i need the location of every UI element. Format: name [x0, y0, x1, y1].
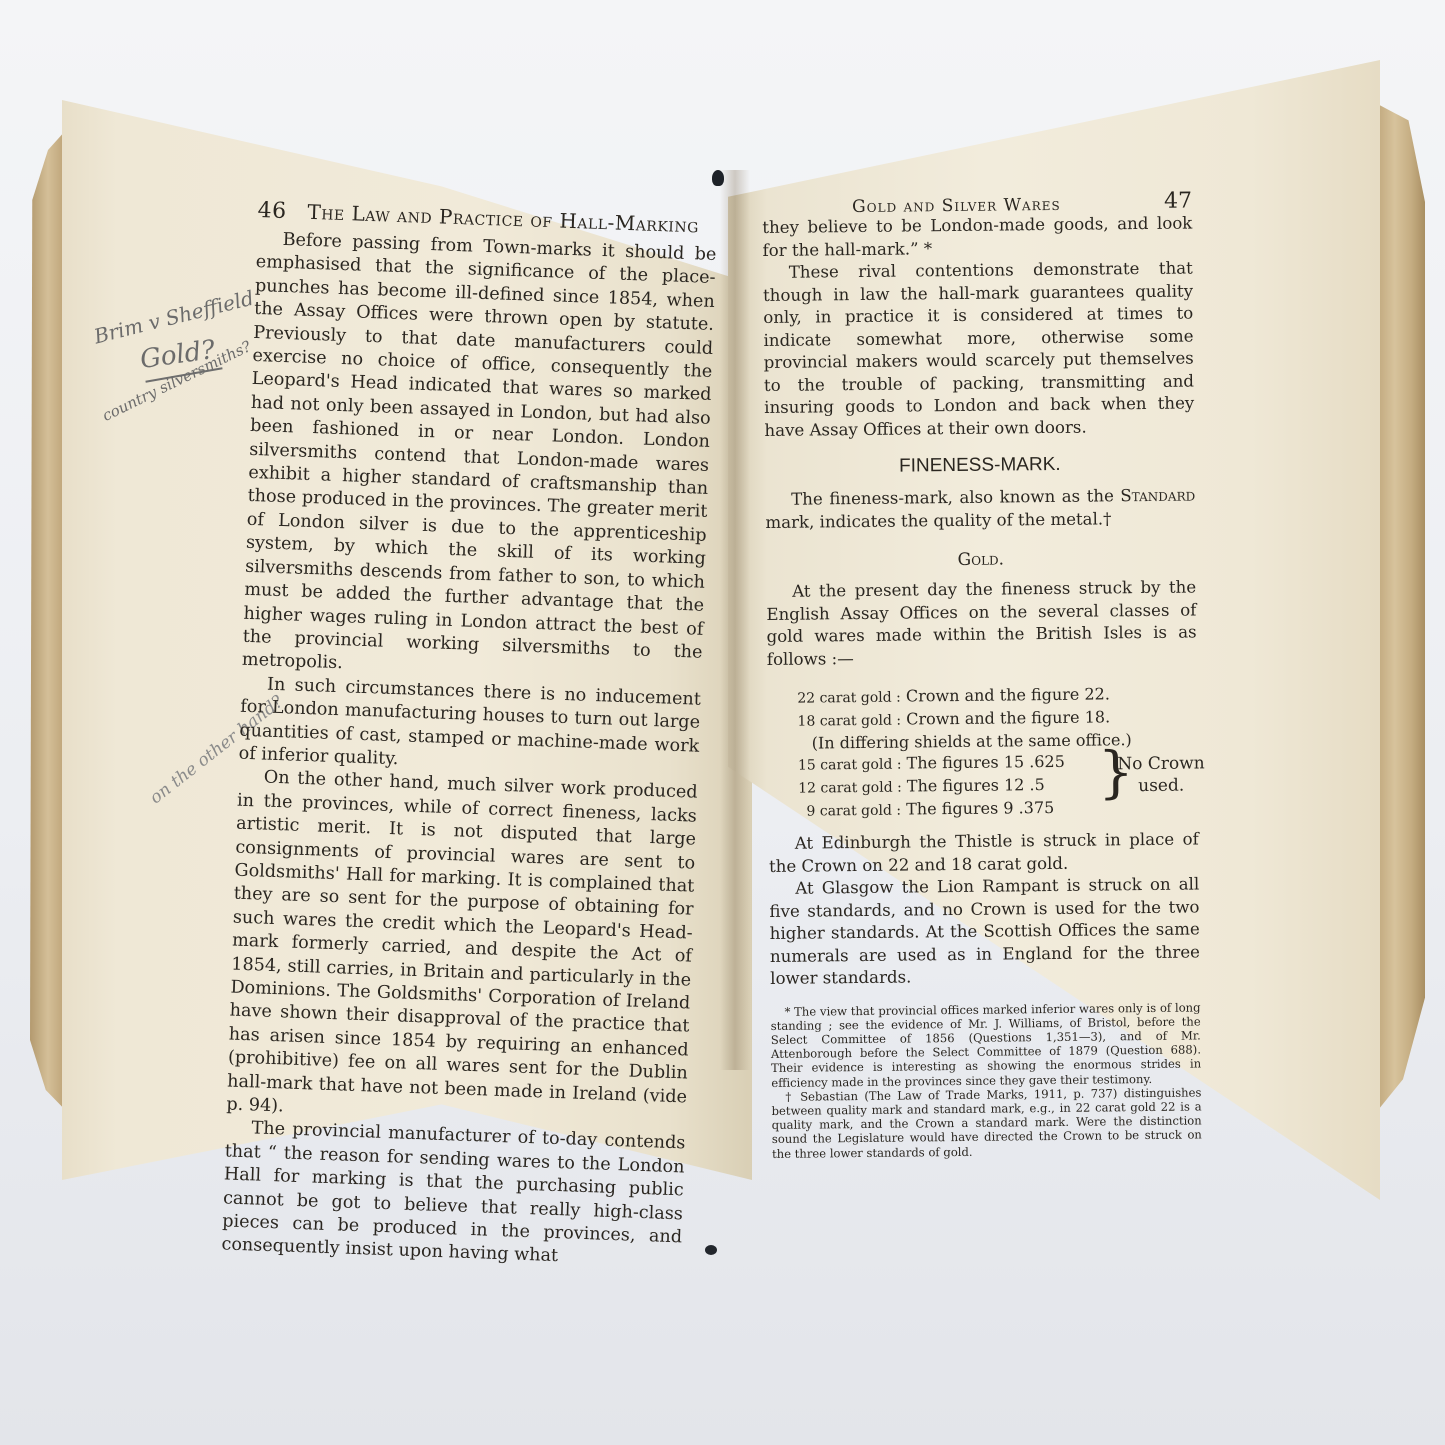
table-value: Crown and the figure 22.	[906, 684, 1110, 705]
table-value: The figures 9 .375	[906, 798, 1054, 819]
paragraph: The fineness-mark, also known as the Sta…	[765, 484, 1195, 534]
table-label: 12 carat gold :	[798, 780, 902, 797]
page-number: 46	[257, 198, 287, 224]
text-run: The fineness-mark, also known as the	[791, 486, 1120, 508]
footnote: * The view that provincial offices marke…	[770, 1000, 1201, 1090]
running-head-title: Gold and Silver Wares	[852, 197, 1061, 216]
text-run: Standard	[1120, 485, 1195, 505]
footnote: † Sebastian (The Law of Trade Marks, 191…	[771, 1085, 1202, 1161]
table-value: The figures 15 .625	[907, 752, 1065, 773]
table-label: 18 carat gold :	[797, 713, 901, 730]
paragraph: At Edinburgh the Thistle is struck in pl…	[769, 828, 1199, 878]
table-row: 9 carat gold : The figures 9 .375	[798, 795, 1198, 822]
page-number: 47	[1164, 190, 1192, 212]
open-book: Brim v Sheffield Gold? country silversmi…	[0, 0, 1445, 1445]
table-value: The figures 12 .5	[907, 775, 1045, 795]
paragraph: These rival contentions demonstrate that…	[763, 257, 1195, 441]
book-gutter	[720, 170, 750, 1070]
paragraph: Before passing from Town-marks it should…	[242, 228, 717, 689]
paragraph: In such circumstances there is no induce…	[238, 672, 701, 782]
table-label: 9 carat gold :	[806, 803, 901, 820]
gold-standards-table: 22 carat gold : Crown and the figure 22.…	[797, 682, 1198, 822]
paragraph: The provincial manufacturer of to-day co…	[221, 1117, 686, 1273]
table-label: 22 carat gold :	[797, 690, 901, 707]
footnotes: * The view that provincial offices marke…	[770, 1000, 1202, 1161]
table-value: (In differing shields at the same office…	[812, 730, 1132, 752]
no-crown-note: No Crown used.	[1116, 752, 1206, 797]
paragraph: they believe to be London-made goods, an…	[762, 212, 1192, 262]
spine-tailband	[705, 1245, 717, 1255]
table-value: Crown and the figure 18.	[906, 707, 1110, 728]
subsection-heading: Gold.	[766, 549, 1196, 571]
paragraph: At Glasgow the Lion Rampant is struck on…	[769, 873, 1200, 990]
right-page-text: Gold and Silver Wares 47 they believe to…	[762, 190, 1202, 1160]
paragraph: At the present day the fineness struck b…	[766, 576, 1197, 670]
paragraph: On the other hand, much silver work prod…	[226, 766, 698, 1133]
text-run: mark, indicates the quality of the metal…	[765, 509, 1111, 532]
table-label: 15 carat gold :	[798, 757, 902, 774]
left-page-text: 46 The Law and Practice of Hall-Marking …	[221, 200, 718, 1273]
spine-headband	[712, 170, 724, 186]
section-heading: FINENESS-MARK.	[765, 453, 1195, 477]
